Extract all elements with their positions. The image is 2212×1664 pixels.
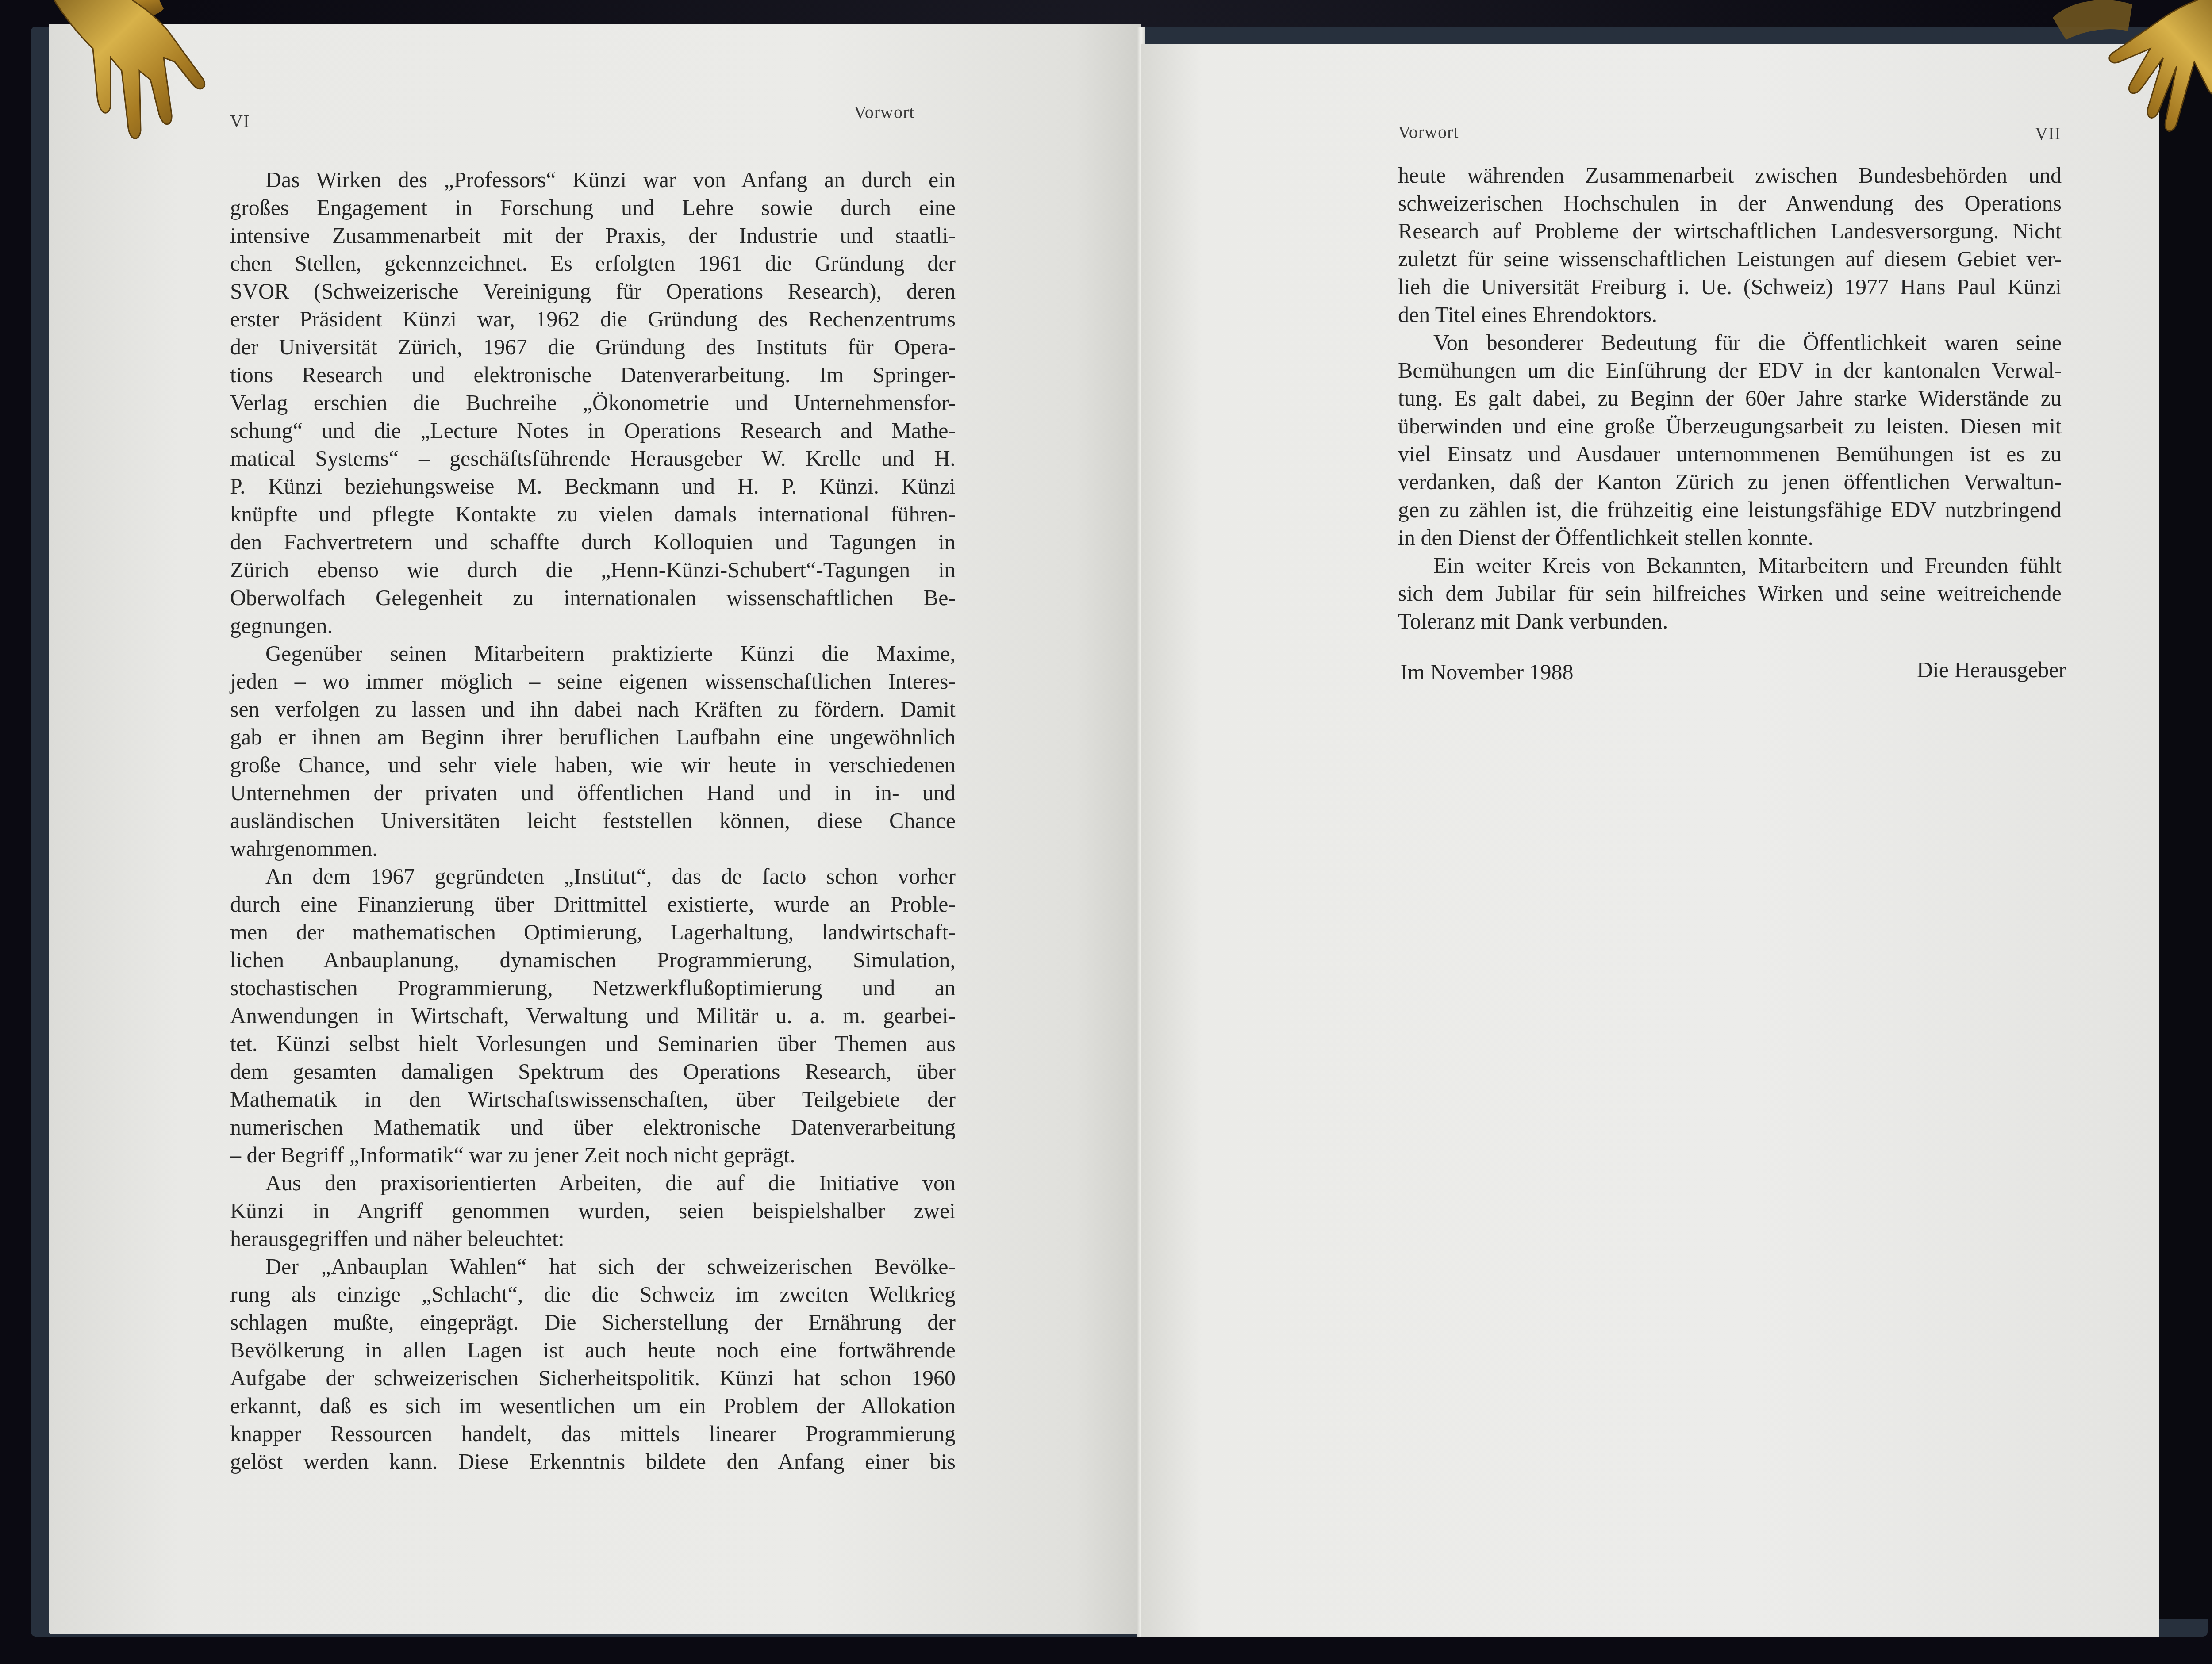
paragraph: Der „Anbauplan Wahlen“ hat sich der schw…: [230, 1253, 956, 1476]
text-line: rung als einzige „Schlacht“, die die Sch…: [230, 1281, 956, 1308]
text-line: großes Engagement in Forschung und Lehre…: [230, 194, 956, 222]
left-page: VI Vorwort Das Wirken des „Professors“ K…: [49, 24, 1141, 1634]
text-line: erkannt, daß es sich im wesentlichen um …: [230, 1392, 956, 1420]
text-line: Bemühungen um die Einführung der EDV in …: [1398, 357, 2062, 384]
text-line: An dem 1967 gegründeten „Institut“, das …: [230, 863, 956, 890]
text-line: tions Research und elektronische Datenve…: [230, 361, 956, 389]
brass-hand-icon: [18, 0, 239, 168]
book-cover-shadow: [2150, 27, 2212, 1619]
text-line: heute währenden Zusammenarbeit zwischen …: [1398, 161, 2062, 189]
text-line: – der Begriff „Informatik“ war zu jener …: [230, 1141, 956, 1169]
text-line: sich dem Jubilar für sein hilfreiches Wi…: [1398, 579, 2062, 607]
signoff-author: Die Herausgeber: [1902, 657, 2066, 682]
text-line: Verlag erschien die Buchreihe „Ökonometr…: [230, 389, 956, 417]
text-line: Künzi in Angriff genommen wurden, seien …: [230, 1197, 956, 1225]
text-line: Gegenüber seinen Mitarbeitern praktizier…: [230, 640, 956, 667]
text-line: sen verfolgen zu lassen und ihn dabei na…: [230, 695, 956, 723]
text-line: in den Dienst der Öffentlichkeit stellen…: [1398, 524, 2062, 552]
text-line: schweizerischen Hochschulen in der Anwen…: [1398, 189, 2062, 217]
text-line: Oberwolfach Gelegenheit zu international…: [230, 584, 956, 612]
text-line: Anwendungen in Wirtschaft, Verwaltung un…: [230, 1002, 956, 1030]
text-line: gen zu zählen ist, die frühzeitig eine l…: [1398, 496, 2062, 524]
text-line: SVOR (Schweizerische Vereinigung für Ope…: [230, 277, 956, 305]
paragraph: Aus den praxisorientierten Arbeiten, die…: [230, 1169, 956, 1253]
signoff-date: Im November 1988: [1400, 659, 1574, 685]
text-line: Toleranz mit Dank verbunden.: [1398, 607, 2062, 635]
brass-hand-icon: [2017, 0, 2212, 159]
text-line: chen Stellen, gekennzeichnet. Es erfolgt…: [230, 249, 956, 277]
text-line: Mathematik in den Wirtschaftswissenschaf…: [230, 1085, 956, 1113]
text-line: der Universität Zürich, 1967 die Gründun…: [230, 333, 956, 361]
text-line: Aus den praxisorientierten Arbeiten, die…: [230, 1169, 956, 1197]
text-line: durch eine Finanzierung über Drittmittel…: [230, 890, 956, 918]
text-line: Unternehmen der privaten und öffentliche…: [230, 779, 956, 807]
text-line: erster Präsident Künzi war, 1962 die Grü…: [230, 305, 956, 333]
text-line: den Titel eines Ehrendoktors.: [1398, 301, 2062, 329]
text-line: tung. Es galt dabei, zu Beginn der 60er …: [1398, 384, 2062, 412]
right-page: Vorwort VII heute währenden Zusammenarbe…: [1141, 44, 2159, 1637]
left-page-body: Das Wirken des „Professors“ Künzi war vo…: [230, 166, 956, 1476]
text-line: stochastischen Programmierung, Netzwerkf…: [230, 974, 956, 1002]
paragraph: Ein weiter Kreis von Bekannten, Mitarbei…: [1398, 552, 2062, 635]
text-line: knüpfte und pflegte Kontakte zu vielen d…: [230, 500, 956, 528]
text-line: Zürich ebenso wie durch die „Henn-Künzi-…: [230, 556, 956, 584]
text-line: tet. Künzi selbst hielt Vorlesungen und …: [230, 1030, 956, 1058]
paragraph: Von besonderer Bedeutung für die Öffentl…: [1398, 329, 2062, 552]
text-line: schlagen mußte, eingeprägt. Die Sicherst…: [230, 1308, 956, 1336]
paragraph: heute währenden Zusammenarbeit zwischen …: [1398, 161, 2062, 329]
text-line: gab er ihnen am Beginn ihrer beruflichen…: [230, 723, 956, 751]
text-line: herausgegriffen und näher beleuchtet:: [230, 1225, 956, 1253]
text-line: lieh die Universität Freiburg i. Ue. (Sc…: [1398, 273, 2062, 301]
text-line: dem gesamten damaligen Spektrum des Oper…: [230, 1058, 956, 1085]
text-line: men der mathematischen Optimierung, Lage…: [230, 918, 956, 946]
text-line: lichen Anbauplanung, dynamischen Program…: [230, 946, 956, 974]
text-line: zuletzt für seine wissenschaftlichen Lei…: [1398, 245, 2062, 273]
text-line: Das Wirken des „Professors“ Künzi war vo…: [230, 166, 956, 194]
text-line: den Fachvertretern und schaffte durch Ko…: [230, 528, 956, 556]
text-line: Von besonderer Bedeutung für die Öffentl…: [1398, 329, 2062, 357]
text-line: Ein weiter Kreis von Bekannten, Mitarbei…: [1398, 552, 2062, 579]
text-line: matical Systems“ – geschäftsführende Her…: [230, 445, 956, 472]
text-line: jeden – wo immer möglich – seine eigenen…: [230, 667, 956, 695]
text-line: große Chance, und sehr viele haben, wie …: [230, 751, 956, 779]
text-line: Research auf Probleme der wirtschaftlich…: [1398, 217, 2062, 245]
text-line: wahrgenommen.: [230, 835, 956, 863]
running-head-left: Vorwort: [854, 102, 914, 123]
running-head-right: Vorwort: [1398, 122, 1459, 142]
text-line: Der „Anbauplan Wahlen“ hat sich der schw…: [230, 1253, 956, 1281]
text-line: verdanken, daß der Kanton Zürich zu jene…: [1398, 468, 2062, 496]
paragraph: Gegenüber seinen Mitarbeitern praktizier…: [230, 640, 956, 863]
text-line: P. Künzi beziehungsweise M. Beckmann und…: [230, 472, 956, 500]
text-line: viel Einsatz und Ausdauer unternommenen …: [1398, 440, 2062, 468]
text-line: Aufgabe der schweizerischen Sicherheitsp…: [230, 1364, 956, 1392]
text-line: Bevölkerung in allen Lagen ist auch heut…: [230, 1336, 956, 1364]
text-line: intensive Zusammenarbeit mit der Praxis,…: [230, 222, 956, 249]
text-line: gegnungen.: [230, 612, 956, 640]
text-line: ausländischen Universitäten leicht fests…: [230, 807, 956, 835]
text-line: gelöst werden kann. Diese Erkenntnis bil…: [230, 1448, 956, 1476]
text-line: knapper Ressourcen handelt, das mittels …: [230, 1420, 956, 1448]
text-line: numerischen Mathematik und über elektron…: [230, 1113, 956, 1141]
right-page-body: heute währenden Zusammenarbeit zwischen …: [1398, 161, 2062, 635]
paragraph: An dem 1967 gegründeten „Institut“, das …: [230, 863, 956, 1169]
text-line: schung“ und die „Lecture Notes in Operat…: [230, 417, 956, 445]
text-line: überwinden und eine große Überzeugungsar…: [1398, 412, 2062, 440]
paragraph: Das Wirken des „Professors“ Künzi war vo…: [230, 166, 956, 640]
